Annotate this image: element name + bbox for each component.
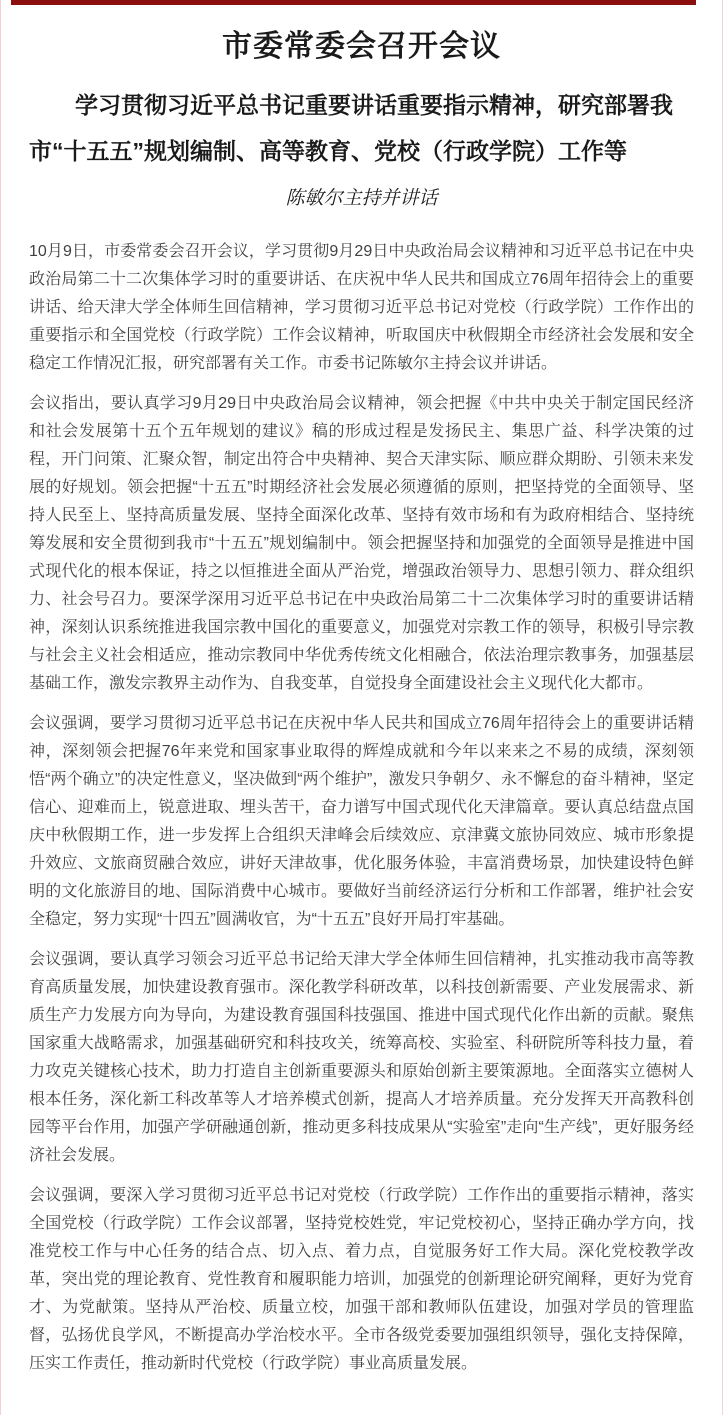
top-accent-bar [11, 0, 696, 5]
article-paragraph: 10月9日，市委常委会召开会议，学习贯彻9月29日中央政治局会议精神和习近平总书… [29, 238, 694, 378]
article-body: 10月9日，市委常委会召开会议，学习贯彻9月29日中央政治局会议精神和习近平总书… [29, 238, 694, 1378]
article-byline: 陈敏尔主持并讲话 [29, 186, 694, 212]
article-paragraph: 会议强调，要学习贯彻习近平总书记在庆祝中华人民共和国成立76周年招待会上的重要讲… [29, 710, 694, 934]
article-subtitle: 学习贯彻习近平总书记重要讲话重要指示精神，研究部署我市“十五五”规划编制、高等教… [29, 82, 694, 174]
article-paragraph: 会议强调，要认真学习领会习近平总书记给天津大学全体师生回信精神，扎实推动我市高等… [29, 946, 694, 1170]
article: 市委常委会召开会议 学习贯彻习近平总书记重要讲话重要指示精神，研究部署我市“十五… [1, 0, 722, 1378]
article-paragraph: 会议强调，要深入学习贯彻习近平总书记对党校（行政学院）工作作出的重要指示精神，落… [29, 1182, 694, 1378]
article-page: 市委常委会召开会议 学习贯彻习近平总书记重要讲话重要指示精神，研究部署我市“十五… [0, 0, 723, 1415]
article-paragraph: 会议指出，要认真学习9月29日中央政治局会议精神，领会把握《中共中央关于制定国民… [29, 390, 694, 698]
article-title: 市委常委会召开会议 [29, 26, 694, 68]
